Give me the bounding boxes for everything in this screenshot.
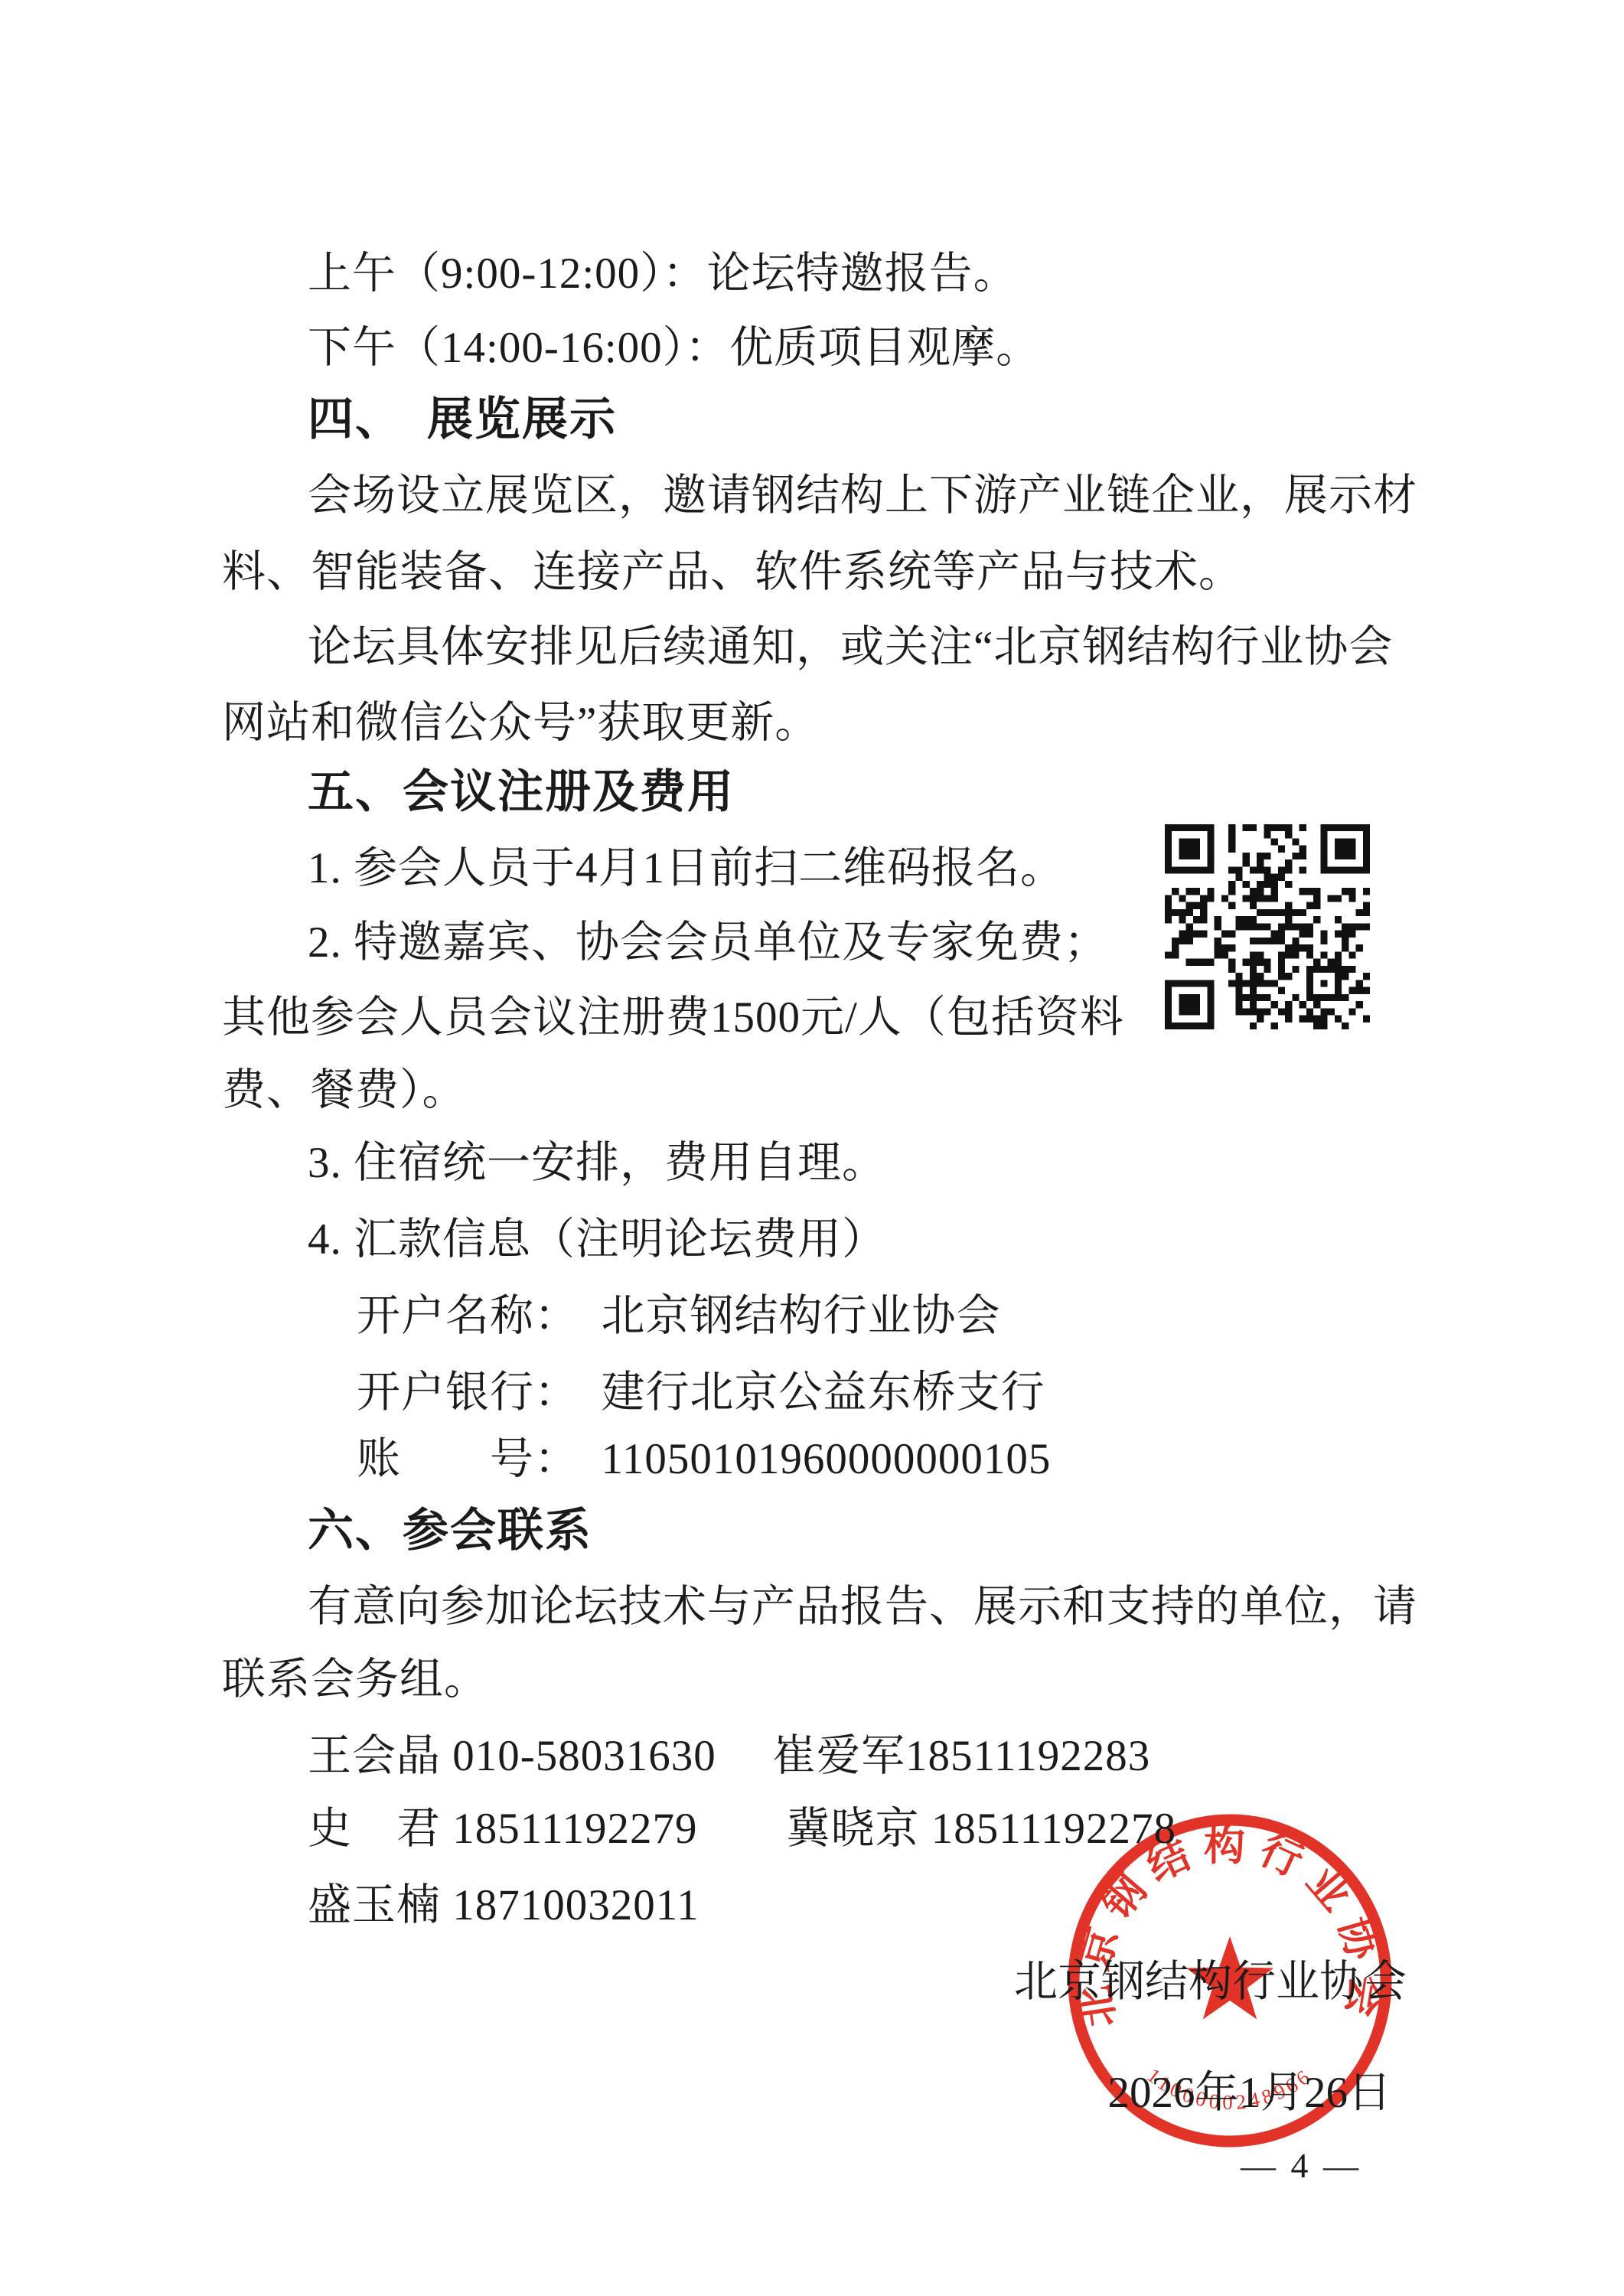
signature-org-line: 北京钢结构行业协会 xyxy=(1014,1955,1407,2009)
bank-account-number-line: 账 号： 11050101960000000105 xyxy=(222,1433,1416,1486)
registration-item1-line: 1. 参会人员于4月1日前扫二维码报名。 xyxy=(222,842,1416,895)
registration-item3-line: 3. 住宿统一安排，费用自理。 xyxy=(222,1137,1416,1190)
section-registration-heading: 五、会议注册及费用 xyxy=(222,765,1416,819)
exhibition-para1-line2: 料、智能装备、连接产品、软件系统等产品与技术。 xyxy=(222,546,1416,599)
bank-account-name-line: 开户名称： 北京钢结构行业协会 xyxy=(222,1290,1416,1343)
signature-date-line: 2026年1月26日 xyxy=(1108,2066,1392,2120)
registration-item2-line3: 费、餐费）。 xyxy=(222,1064,1416,1117)
contact-row-2: 史 君 18511192279 冀晓京 18511192278 xyxy=(222,1802,1416,1856)
contact-row-3: 盛玉楠 18710032011 xyxy=(222,1879,1416,1932)
document-page: 上午（9:00-12:00）：论坛特邀报告。 下午（14:00-16:00）：优… xyxy=(0,0,1624,2296)
section-exhibition-heading: 四、 展览展示 xyxy=(222,393,1416,446)
schedule-morning-line: 上午（9:00-12:00）：论坛特邀报告。 xyxy=(222,247,1416,301)
schedule-afternoon-line: 下午（14:00-16:00）：优质项目观摩。 xyxy=(222,321,1416,375)
contact-para-line2: 联系会务组。 xyxy=(222,1653,1416,1707)
registration-item4-line: 4. 汇款信息（注明论坛费用） xyxy=(222,1213,1416,1267)
section-contact-heading: 六、参会联系 xyxy=(222,1504,1416,1557)
registration-item2-line2: 其他参会人员会议注册费1500元/人（包括资料 xyxy=(222,991,1416,1045)
contact-para-line1: 有意向参加论坛技术与产品报告、展示和支持的单位，请 xyxy=(222,1580,1416,1634)
exhibition-para2-line2: 网站和微信公众号”获取更新。 xyxy=(222,696,1416,750)
exhibition-para1-line1: 会场设立展览区，邀请钢结构上下游产业链企业，展示材 xyxy=(222,469,1416,523)
registration-item2-line1: 2. 特邀嘉宾、协会会员单位及专家免费； xyxy=(222,916,1416,970)
contact-row-1: 王会晶 010-58031630 崔爱军18511192283 xyxy=(222,1730,1416,1783)
exhibition-para2-line1: 论坛具体安排见后续通知，或关注“北京钢结构行业协会 xyxy=(222,621,1416,674)
bank-name-line: 开户银行： 建行北京公益东桥支行 xyxy=(222,1366,1416,1420)
page-number: — 4 — xyxy=(1148,2139,1454,2193)
